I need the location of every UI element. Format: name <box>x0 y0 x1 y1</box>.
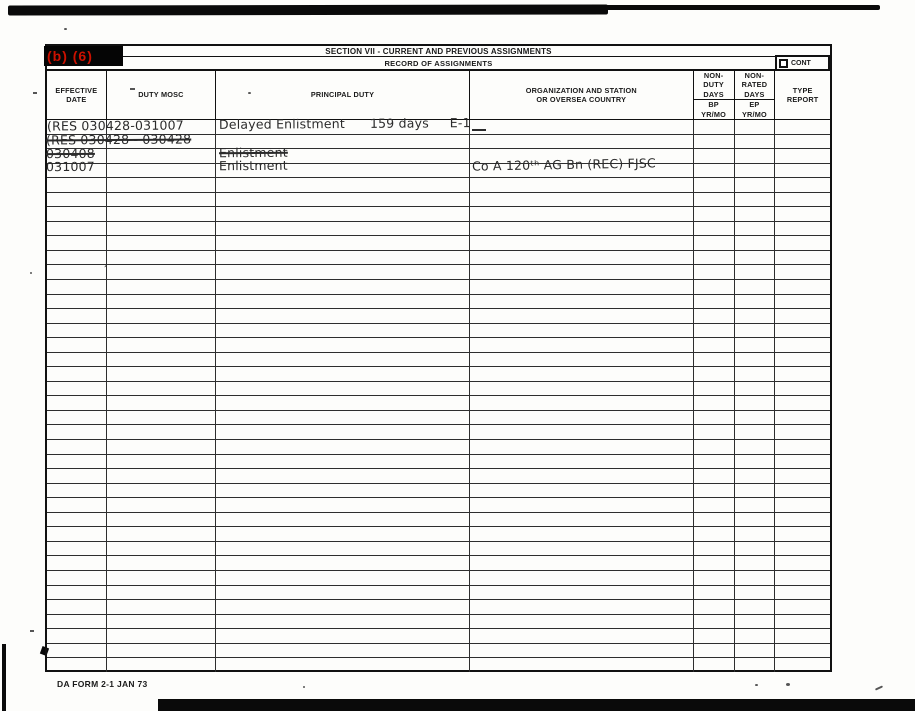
table-row <box>47 440 830 455</box>
table-row <box>47 295 830 310</box>
table-cell <box>107 178 216 192</box>
table-cell <box>107 251 216 265</box>
table-cell <box>470 586 694 600</box>
table-cell <box>47 571 107 585</box>
table-cell <box>107 382 216 396</box>
table-cell <box>216 542 470 556</box>
handwritten-dash <box>472 129 486 131</box>
table-cell <box>735 498 776 512</box>
table-cell <box>107 513 216 527</box>
table-cell <box>694 164 735 178</box>
table-cell <box>470 295 694 309</box>
column-header-row: EFFECTIVE DATE DUTY MOSC PRINCIPAL DUTY … <box>47 71 830 120</box>
table-cell <box>775 586 830 600</box>
table-cell <box>775 367 830 381</box>
scan-speck <box>755 684 758 686</box>
table-cell <box>694 425 735 439</box>
table-cell <box>775 484 830 498</box>
table-cell <box>470 440 694 454</box>
table-cell <box>694 571 735 585</box>
column-header-ep-yrmo: EP YR/MO <box>735 100 775 119</box>
table-cell <box>694 236 735 250</box>
table-cell <box>470 367 694 381</box>
table-cell <box>47 309 107 323</box>
table-cell <box>47 265 107 279</box>
table-cell <box>107 149 216 163</box>
table-cell <box>470 382 694 396</box>
table-cell <box>694 135 735 149</box>
table-row <box>47 353 830 368</box>
table-cell <box>47 629 107 643</box>
table-row <box>47 251 830 266</box>
table-cell <box>735 251 776 265</box>
table-cell <box>470 571 694 585</box>
table-row <box>47 382 830 397</box>
table-cell <box>775 135 830 149</box>
table-cell <box>775 251 830 265</box>
table-cell <box>694 149 735 163</box>
handwritten-principal-duty-1: Delayed Enlistment 159 days E-1 <box>219 115 471 132</box>
table-cell <box>735 324 776 338</box>
table-cell <box>216 455 470 469</box>
table-cell <box>47 222 107 236</box>
table-row <box>47 600 830 615</box>
table-cell <box>735 411 776 425</box>
table-cell <box>470 629 694 643</box>
table-cell <box>470 207 694 221</box>
record-title-bar: 35. RECORD OF ASSIGNMENTS CONT <box>47 57 830 71</box>
table-cell <box>694 382 735 396</box>
table-cell <box>735 615 776 629</box>
column-header-organization: ORGANIZATION AND STATION OR OVERSEA COUN… <box>470 71 694 119</box>
table-cell <box>694 251 735 265</box>
table-row <box>47 338 830 353</box>
table-cell <box>694 484 735 498</box>
column-header-principal-duty: PRINCIPAL DUTY <box>216 71 470 119</box>
table-row <box>47 615 830 630</box>
table-cell <box>694 615 735 629</box>
table-cell <box>107 644 216 658</box>
table-row <box>47 498 830 513</box>
table-cell <box>47 338 107 352</box>
table-cell <box>216 425 470 439</box>
table-cell <box>735 178 776 192</box>
table-cell <box>775 265 830 279</box>
table-cell <box>694 440 735 454</box>
table-cell <box>694 644 735 658</box>
table-cell <box>775 571 830 585</box>
table-cell <box>735 586 776 600</box>
table-cell <box>694 295 735 309</box>
table-cell <box>470 556 694 570</box>
table-cell <box>694 309 735 323</box>
table-cell <box>216 556 470 570</box>
table-cell <box>735 120 776 134</box>
section-header-bar: SECTION VII - CURRENT AND PREVIOUS ASSIG… <box>47 44 830 57</box>
column-header-non-rated-days: NON- RATED DAYS EP YR/MO <box>735 71 776 119</box>
table-cell <box>47 469 107 483</box>
table-cell <box>216 178 470 192</box>
table-row <box>47 324 830 339</box>
scanned-form-page: (b) (6) SECTION VII - CURRENT AND PREVIO… <box>0 0 915 711</box>
table-cell <box>694 207 735 221</box>
cont-box: CONT <box>775 55 830 71</box>
table-cell <box>775 193 830 207</box>
table-row <box>47 586 830 601</box>
table-cell <box>107 629 216 643</box>
column-header-non-duty-days: NON- DUTY DAYS BP YR/MO <box>694 71 735 119</box>
table-cell <box>470 338 694 352</box>
table-cell <box>107 367 216 381</box>
table-cell <box>47 367 107 381</box>
table-cell <box>107 207 216 221</box>
table-cell <box>107 338 216 352</box>
table-cell <box>775 629 830 643</box>
table-cell <box>107 469 216 483</box>
table-cell <box>470 265 694 279</box>
table-cell <box>735 513 776 527</box>
table-cell <box>735 527 776 541</box>
table-cell <box>694 120 735 134</box>
table-cell <box>694 411 735 425</box>
table-cell <box>735 149 776 163</box>
table-row <box>47 469 830 484</box>
handwritten-effective-date-4: 031007 <box>46 159 95 174</box>
table-cell <box>775 425 830 439</box>
scan-speck <box>33 92 37 94</box>
table-cell <box>47 556 107 570</box>
table-cell <box>775 498 830 512</box>
table-cell <box>470 469 694 483</box>
table-row <box>47 644 830 659</box>
table-cell <box>694 527 735 541</box>
table-cell <box>47 295 107 309</box>
table-cell <box>694 542 735 556</box>
table-cell <box>694 367 735 381</box>
table-cell <box>735 600 776 614</box>
table-cell <box>470 236 694 250</box>
table-cell <box>470 615 694 629</box>
table-cell <box>775 324 830 338</box>
table-cell <box>107 222 216 236</box>
table-cell <box>735 135 776 149</box>
table-cell <box>470 455 694 469</box>
table-cell <box>735 236 776 250</box>
table-cell <box>735 193 776 207</box>
table-cell <box>735 425 776 439</box>
table-row <box>47 367 830 382</box>
table-row <box>47 222 830 237</box>
column-header-bp-yrmo: BP YR/MO <box>694 100 734 119</box>
table-row <box>47 309 830 324</box>
table-cell <box>775 236 830 250</box>
table-cell <box>470 193 694 207</box>
table-cell <box>470 251 694 265</box>
form-number-footer: DA FORM 2-1 JAN 73 <box>57 679 148 689</box>
table-cell <box>694 455 735 469</box>
table-cell <box>47 324 107 338</box>
table-cell <box>216 236 470 250</box>
table-cell <box>47 382 107 396</box>
table-cell <box>775 542 830 556</box>
table-cell <box>694 629 735 643</box>
column-header-effective-date: EFFECTIVE DATE <box>47 71 107 119</box>
table-row <box>47 571 830 586</box>
table-cell <box>470 353 694 367</box>
table-cell <box>694 469 735 483</box>
table-cell <box>216 498 470 512</box>
table-cell <box>775 280 830 294</box>
scan-speck <box>30 272 32 274</box>
table-cell <box>107 396 216 410</box>
cont-checkbox <box>779 59 788 68</box>
section-title: SECTION VII - CURRENT AND PREVIOUS ASSIG… <box>325 47 551 56</box>
table-cell <box>694 658 735 672</box>
table-cell <box>470 498 694 512</box>
table-cell <box>775 338 830 352</box>
table-cell <box>470 324 694 338</box>
table-row <box>47 556 830 571</box>
table-cell <box>694 324 735 338</box>
table-cell <box>735 265 776 279</box>
table-cell <box>107 164 216 178</box>
table-row <box>47 527 830 542</box>
table-cell <box>107 484 216 498</box>
table-cell <box>107 265 216 279</box>
handwritten-organization-4: Co A 120ᵗʰ AG Bn (REC) FJSC <box>472 155 656 173</box>
redaction-box: (b) (6) <box>44 46 123 66</box>
table-cell <box>107 615 216 629</box>
table-cell <box>775 455 830 469</box>
table-row <box>47 411 830 426</box>
table-cell <box>216 586 470 600</box>
table-cell <box>735 658 776 672</box>
table-cell <box>735 164 776 178</box>
table-cell <box>694 353 735 367</box>
table-cell <box>735 644 776 658</box>
table-cell <box>775 178 830 192</box>
table-cell <box>470 222 694 236</box>
table-cell <box>216 222 470 236</box>
table-cell <box>216 440 470 454</box>
table-cell <box>735 338 776 352</box>
table-cell <box>775 207 830 221</box>
table-cell <box>694 222 735 236</box>
table-cell <box>470 280 694 294</box>
table-cell <box>107 542 216 556</box>
table-row <box>47 178 830 193</box>
table-cell <box>47 484 107 498</box>
table-cell <box>216 615 470 629</box>
cont-label: CONT <box>791 60 811 67</box>
table-row <box>47 236 830 251</box>
table-cell <box>216 251 470 265</box>
table-cell <box>107 527 216 541</box>
table-cell <box>470 425 694 439</box>
table-cell <box>216 469 470 483</box>
table-cell <box>47 178 107 192</box>
table-cell <box>107 193 216 207</box>
table-cell <box>694 193 735 207</box>
table-cell <box>107 411 216 425</box>
table-cell <box>470 309 694 323</box>
table-cell <box>216 396 470 410</box>
table-cell <box>107 309 216 323</box>
table-cell <box>775 222 830 236</box>
table-cell <box>470 527 694 541</box>
table-cell <box>775 149 830 163</box>
scan-edge-artifact-left <box>2 644 6 711</box>
table-cell <box>47 425 107 439</box>
table-row <box>47 542 830 557</box>
table-cell <box>735 455 776 469</box>
table-cell <box>216 324 470 338</box>
table-cell <box>470 135 694 149</box>
table-cell <box>107 498 216 512</box>
table-cell <box>107 280 216 294</box>
table-cell <box>216 309 470 323</box>
table-cell <box>694 600 735 614</box>
table-cell <box>47 411 107 425</box>
table-cell <box>775 382 830 396</box>
table-cell <box>47 644 107 658</box>
table-cell <box>216 629 470 643</box>
table-cell <box>216 600 470 614</box>
table-cell <box>107 455 216 469</box>
column-header-non-rated-days-label: NON- RATED DAYS <box>735 71 775 100</box>
table-cell <box>775 600 830 614</box>
table-cell <box>735 571 776 585</box>
table-row <box>47 455 830 470</box>
table-cell <box>107 295 216 309</box>
table-cell <box>735 382 776 396</box>
table-cell <box>735 440 776 454</box>
table-cell <box>735 222 776 236</box>
table-cell <box>216 193 470 207</box>
table-cell <box>775 556 830 570</box>
table-cell <box>107 658 216 672</box>
scan-speck <box>64 28 67 30</box>
table-cell <box>216 658 470 672</box>
table-cell <box>470 178 694 192</box>
table-cell <box>47 658 107 672</box>
table-cell <box>694 513 735 527</box>
table-cell <box>775 469 830 483</box>
record-title: RECORD OF ASSIGNMENTS <box>47 59 830 68</box>
table-cell <box>694 396 735 410</box>
table-cell <box>216 527 470 541</box>
table-cell <box>47 193 107 207</box>
table-cell <box>775 644 830 658</box>
table-cell <box>216 513 470 527</box>
table-cell <box>107 571 216 585</box>
table-cell <box>470 120 694 134</box>
table-row <box>47 658 830 672</box>
assignments-grid <box>47 120 830 672</box>
table-cell <box>735 309 776 323</box>
table-cell <box>694 338 735 352</box>
table-row <box>47 164 830 179</box>
table-cell <box>216 367 470 381</box>
table-cell <box>216 338 470 352</box>
column-header-type-report: TYPE REPORT <box>775 71 830 119</box>
table-cell <box>107 236 216 250</box>
table-cell <box>47 600 107 614</box>
table-cell <box>694 178 735 192</box>
table-cell <box>216 265 470 279</box>
table-cell <box>775 396 830 410</box>
scan-edge-artifact-bottom <box>158 699 915 711</box>
table-cell <box>775 353 830 367</box>
table-cell <box>47 615 107 629</box>
table-cell <box>216 207 470 221</box>
table-cell <box>694 498 735 512</box>
table-cell <box>216 571 470 585</box>
table-cell <box>47 251 107 265</box>
table-cell <box>107 440 216 454</box>
table-cell <box>107 324 216 338</box>
table-cell <box>47 207 107 221</box>
table-cell <box>47 353 107 367</box>
table-cell <box>47 542 107 556</box>
table-cell <box>775 440 830 454</box>
table-cell <box>107 425 216 439</box>
table-cell <box>47 586 107 600</box>
table-cell <box>735 280 776 294</box>
table-cell <box>735 469 776 483</box>
table-row <box>47 265 830 280</box>
table-row <box>47 513 830 528</box>
table-cell <box>735 629 776 643</box>
handwritten-principal-duty-4: Enlistment <box>219 158 288 173</box>
table-cell <box>216 411 470 425</box>
table-cell <box>107 600 216 614</box>
redaction-code-label: (b) (6) <box>47 48 93 64</box>
table-cell <box>216 484 470 498</box>
table-cell <box>107 586 216 600</box>
table-row <box>47 193 830 208</box>
table-cell <box>47 236 107 250</box>
table-cell <box>775 120 830 134</box>
table-cell <box>694 586 735 600</box>
table-cell <box>735 484 776 498</box>
table-cell <box>470 542 694 556</box>
table-cell <box>694 556 735 570</box>
table-cell <box>216 295 470 309</box>
scan-edge-artifact-top <box>8 4 608 15</box>
table-cell <box>694 280 735 294</box>
table-cell <box>775 295 830 309</box>
table-cell <box>470 411 694 425</box>
table-cell <box>47 440 107 454</box>
scan-speck <box>30 630 34 632</box>
table-cell <box>735 353 776 367</box>
table-cell <box>735 396 776 410</box>
table-cell <box>775 615 830 629</box>
table-row <box>47 629 830 644</box>
table-cell <box>47 513 107 527</box>
table-cell <box>470 513 694 527</box>
table-row <box>47 207 830 222</box>
table-cell <box>107 353 216 367</box>
table-cell <box>47 396 107 410</box>
table-cell <box>775 527 830 541</box>
table-row <box>47 425 830 440</box>
table-cell <box>107 556 216 570</box>
table-cell <box>775 411 830 425</box>
table-cell <box>470 644 694 658</box>
table-cell <box>216 353 470 367</box>
